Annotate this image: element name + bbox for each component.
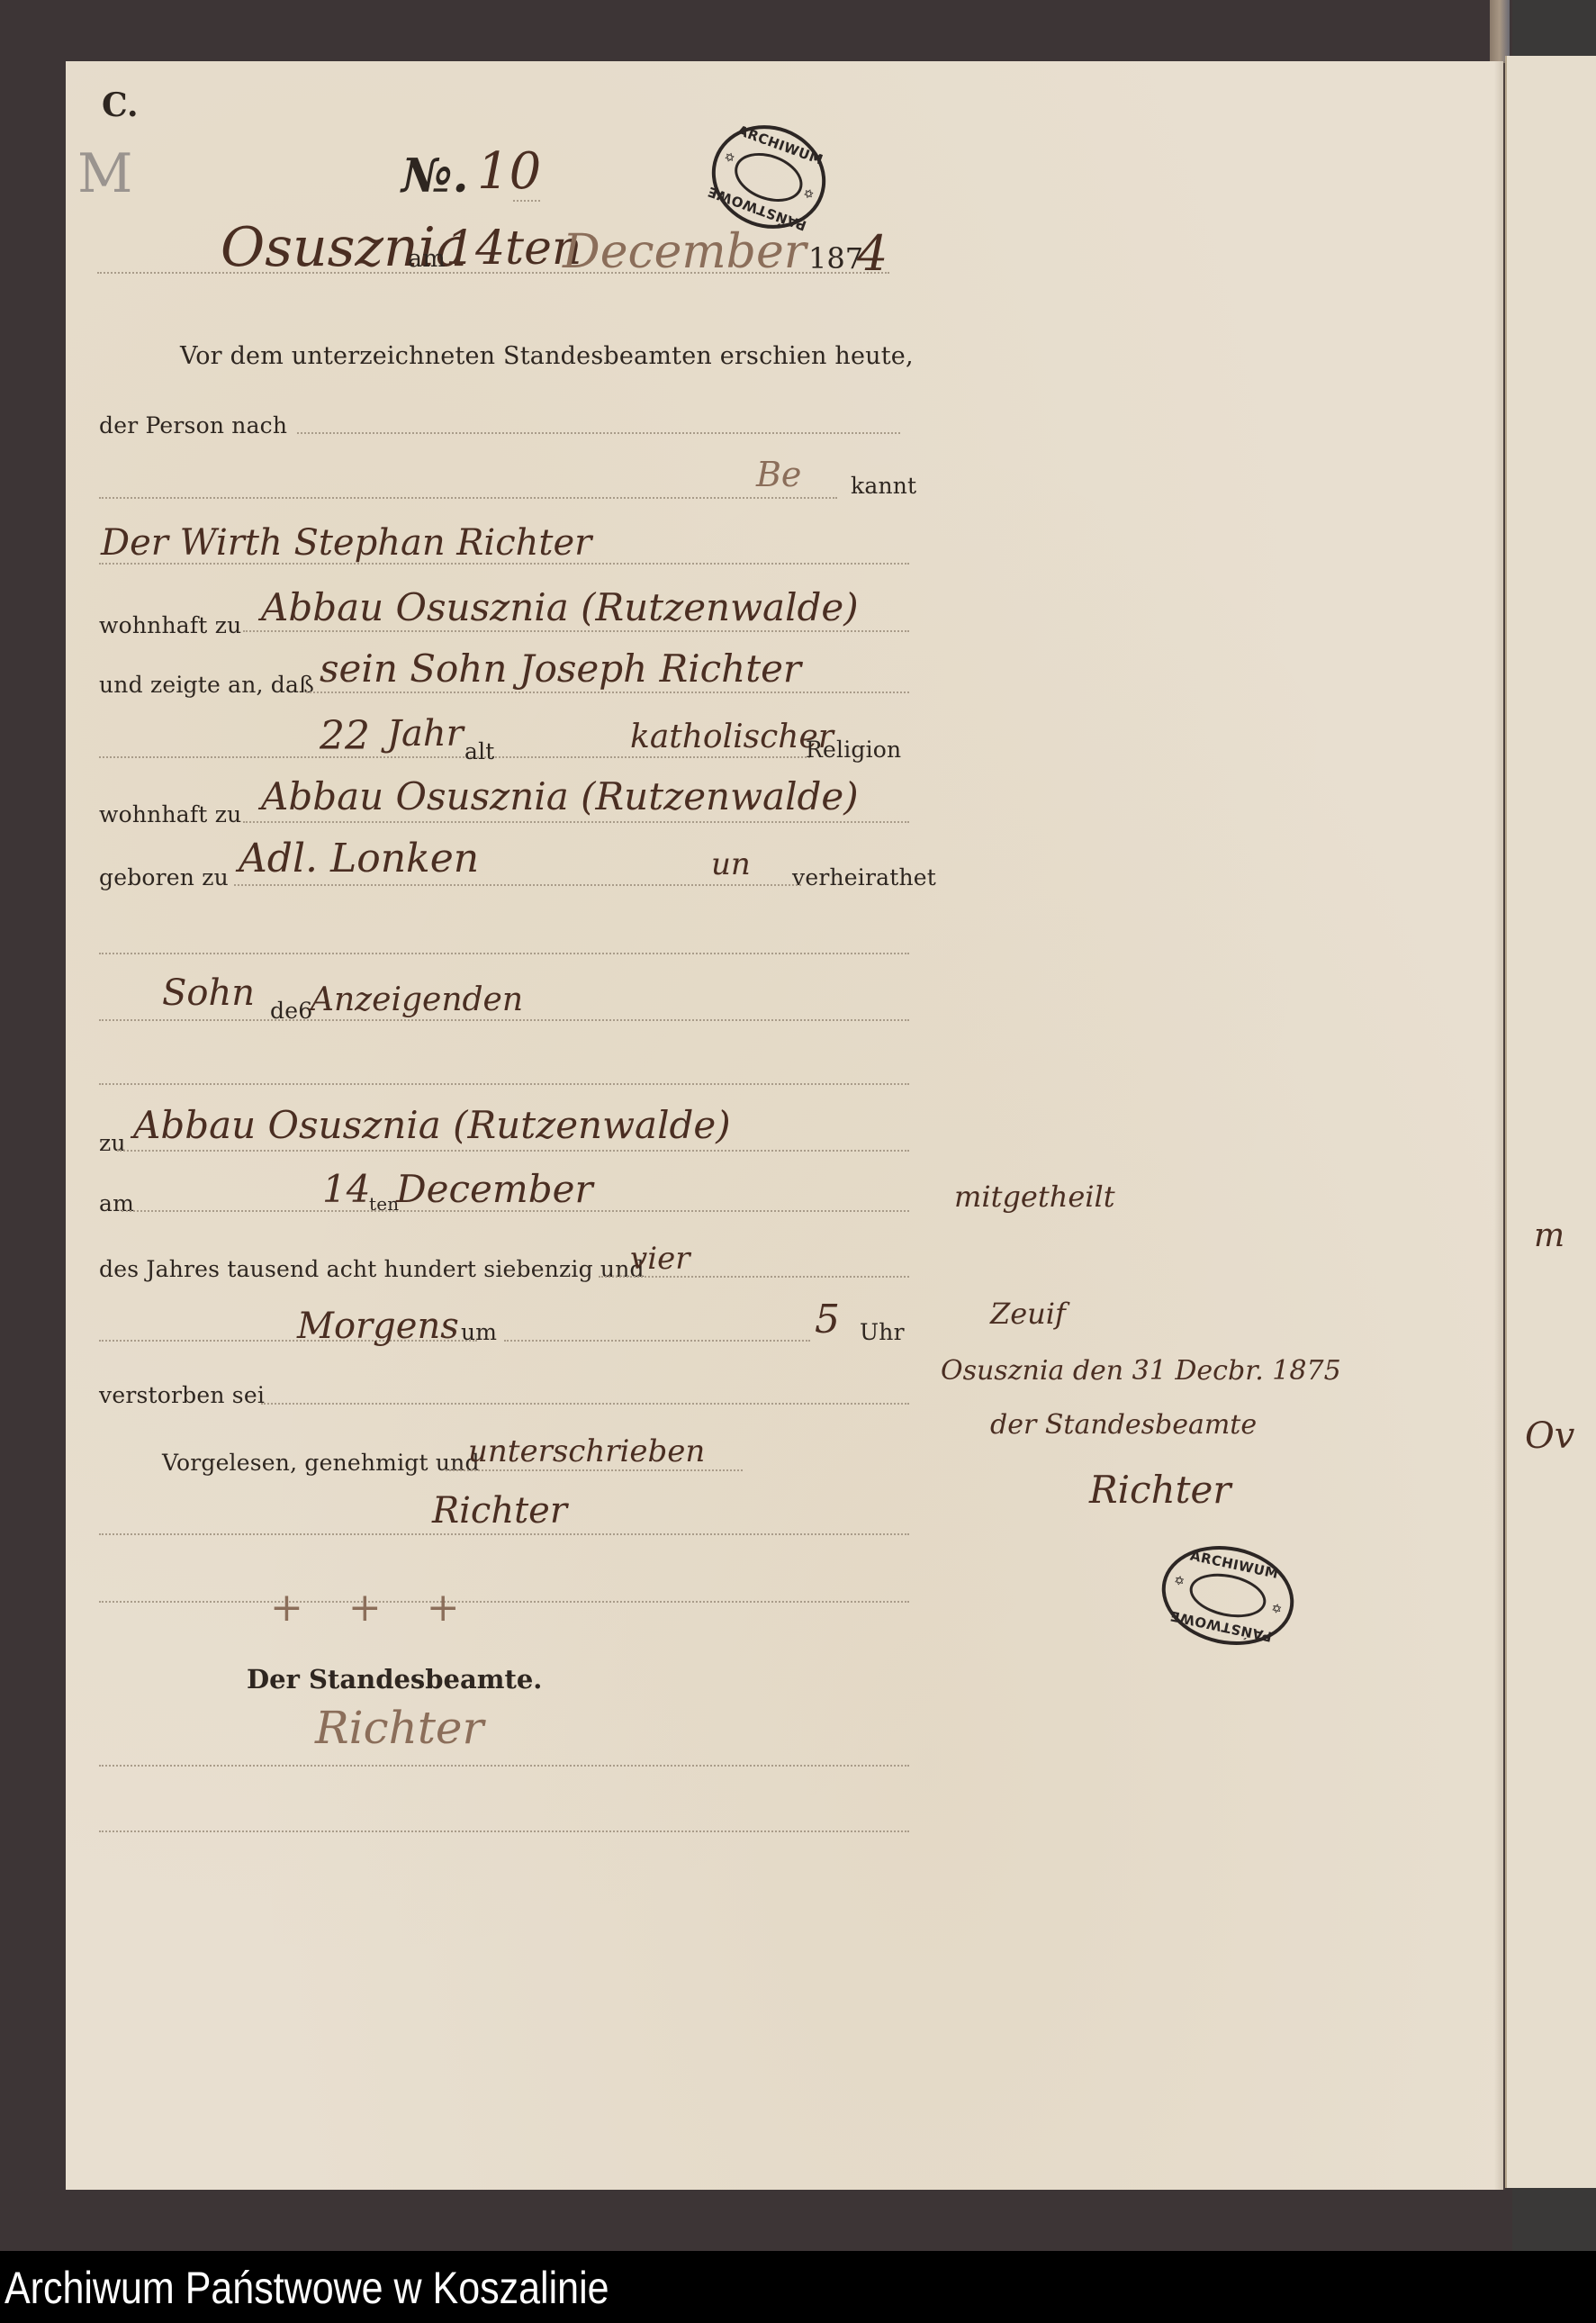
form-line — [99, 1019, 909, 1021]
death-month: December — [396, 1167, 593, 1211]
religion-value: katholischer — [630, 719, 834, 755]
official-signature: Richter — [315, 1702, 483, 1754]
married-value: un — [711, 846, 751, 882]
age-unit: Jahr — [387, 713, 464, 755]
son-of-label: de6 — [270, 998, 312, 1024]
residence-value: Abbau Osusznia (Rutzenwalde) — [261, 585, 859, 629]
residence-label: wohnhaft zu — [99, 612, 241, 638]
form-line — [117, 1150, 909, 1152]
pencil-mark: M — [77, 142, 132, 205]
form-line — [243, 630, 909, 632]
margin-signature: Richter — [1089, 1468, 1231, 1512]
time-hour: 5 — [815, 1297, 840, 1342]
son-value: Sohn — [162, 972, 255, 1014]
death-day: 14 — [322, 1167, 370, 1211]
footer-bar: Archiwum Państwowe w Koszalinie — [0, 2251, 1596, 2323]
person-label: der Person nach — [99, 412, 287, 438]
form-line — [99, 1830, 909, 1832]
informant-signature: Richter — [432, 1490, 567, 1532]
year-label: des Jahres tausend acht hundert siebenzi… — [99, 1256, 645, 1282]
death-day-suffix: ten — [369, 1193, 399, 1215]
official-label: Der Standesbeamte. — [247, 1664, 542, 1695]
cross-marks: + + + — [270, 1585, 476, 1631]
form-line — [234, 884, 801, 886]
son-of-value: Anzeigenden — [311, 981, 523, 1018]
intro-text: Vor dem unterzeichneten Standesbeamten e… — [180, 342, 914, 370]
read-value: unterschrieben — [468, 1433, 705, 1469]
death-date-label: am — [99, 1190, 134, 1216]
number-label: №. — [401, 149, 469, 203]
form-line — [306, 691, 909, 693]
form-line — [99, 1601, 909, 1603]
year-value: vier — [630, 1241, 690, 1277]
form-line — [99, 497, 837, 499]
time-of-day: Morgens — [297, 1306, 459, 1347]
form-line — [243, 821, 909, 823]
form-line — [261, 1403, 909, 1405]
margin-note-line2: Zeuif — [990, 1297, 1066, 1331]
form-line — [446, 1469, 743, 1471]
time-um-label: um — [461, 1319, 497, 1345]
residence2-value: Abbau Osusznia (Rutzenwalde) — [261, 774, 859, 818]
married-label: verheirathet — [792, 864, 936, 890]
form-line — [504, 1340, 810, 1342]
form-line — [99, 1533, 909, 1535]
born-value: Adl. Lonken — [239, 836, 479, 881]
form-line — [99, 756, 810, 758]
form-line — [99, 953, 909, 954]
reported-label: und zeigte an, daß — [99, 672, 314, 698]
margin-note-line1: mitgetheilt — [954, 1180, 1115, 1214]
form-line — [297, 432, 900, 434]
page-fold — [1494, 61, 1505, 2190]
year-prefix: 187 — [808, 241, 863, 276]
number-line — [513, 200, 540, 202]
form-letter: C. — [102, 86, 139, 124]
known-value: Be — [756, 455, 801, 494]
star-icon: ✡ — [801, 186, 816, 203]
age-value: 22 — [320, 713, 370, 759]
reported-value: sein Sohn Joseph Richter — [320, 646, 801, 691]
margin-note-line4: der Standesbeamte — [990, 1409, 1257, 1441]
time-uhr-label: Uhr — [860, 1319, 905, 1345]
star-icon: ✡ — [722, 149, 736, 167]
death-place-value: Abbau Osusznia (Rutzenwalde) — [133, 1103, 731, 1147]
died-label: verstorben sei — [99, 1382, 265, 1408]
age-label: alt — [464, 738, 495, 764]
form-line — [99, 1083, 909, 1085]
margin-note-line3: Osusznia den 31 Decbr. 1875 — [941, 1355, 1341, 1387]
form-line — [99, 1765, 909, 1767]
date-day: 14ten — [446, 221, 582, 276]
facing-page: m Ov — [1505, 56, 1596, 2188]
informant-name: Der Wirth Stephan Richter — [101, 522, 591, 564]
born-label: geboren zu — [99, 864, 229, 890]
known-label: kannt — [851, 473, 916, 499]
facing-page-fragment: Ov — [1525, 1415, 1574, 1457]
death-place-label: zu — [99, 1130, 126, 1156]
religion-label: Religion — [806, 737, 901, 763]
star-icon: ✡ — [1173, 1573, 1186, 1589]
archive-name: Archiwum Państwowe w Koszalinie — [5, 2262, 609, 2314]
star-icon: ✡ — [1270, 1602, 1284, 1618]
date-month: December — [563, 225, 807, 279]
residence2-label: wohnhaft zu — [99, 801, 241, 827]
record-number: 10 — [477, 142, 541, 201]
am-label: am — [408, 245, 446, 273]
facing-page-fragment: m — [1534, 1217, 1564, 1254]
read-label: Vorgelesen, genehmigt und — [162, 1450, 480, 1476]
book-spine — [1490, 0, 1510, 63]
year-suffix: 4 — [857, 225, 888, 282]
